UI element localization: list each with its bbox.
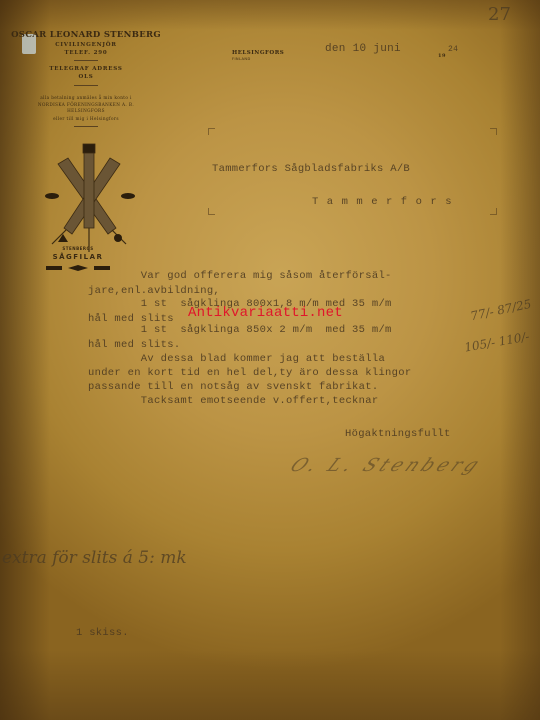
watermark-link[interactable]: Antikvariaatti.net bbox=[188, 305, 343, 321]
letterhead-country: FINLAND bbox=[232, 57, 251, 61]
body-line: under en kort tid en hel del,ty äro dess… bbox=[88, 367, 411, 379]
letterhead-divider bbox=[74, 126, 98, 127]
recipient-company: Tammerfors Sågbladsfabriks A/B bbox=[212, 163, 410, 175]
letterhead-place: HELSINGFORS bbox=[232, 50, 284, 56]
letterhead-payment-line: NORDISKA FÖRENINGSBANKEN A. B. bbox=[2, 102, 170, 107]
enclosure: 1 skiss. bbox=[76, 627, 129, 639]
body-line: Var god offerera mig såsom återförsäl- bbox=[88, 270, 392, 282]
body-line: jare,enl.avbildning, bbox=[88, 285, 220, 297]
letterhead-payment-line: alla betalning anmäles å min konto i bbox=[2, 95, 170, 100]
address-window-corner bbox=[490, 128, 497, 135]
paper-shadow-top bbox=[0, 0, 540, 30]
letterhead-payment-line: HELSINGFORS bbox=[2, 108, 170, 113]
paper-shadow-right bbox=[500, 0, 540, 720]
logo-caption: SÅGFILAR bbox=[38, 253, 118, 261]
letter-date: den 10 juni bbox=[325, 43, 401, 55]
body-line: passande till en notsåg av svenskt fabri… bbox=[88, 381, 378, 393]
closing: Högaktningsfullt bbox=[345, 428, 451, 440]
logo-caption-small: STENBERGS bbox=[38, 246, 118, 251]
letterhead-divider bbox=[74, 60, 98, 61]
body-line: hål med slits. bbox=[88, 339, 180, 351]
body-line: Tacksamt emotseende v.offert,tecknar bbox=[88, 395, 378, 407]
year-prefix: 19 bbox=[438, 53, 446, 59]
letterhead-profession: CIVILINGENJÖR bbox=[2, 42, 170, 48]
signature: O. L. Stenberg bbox=[286, 455, 487, 476]
page-number: 27 bbox=[488, 4, 511, 25]
letterhead-telephone: TELEF. 290 bbox=[2, 50, 170, 56]
body-line: Av dessa blad kommer jag att beställa bbox=[88, 353, 385, 365]
letterhead-telegraph-label: TELEGRAF ADRESS bbox=[2, 66, 170, 72]
letterhead-telegraph-value: OLS bbox=[2, 74, 170, 80]
recipient-city: Tammerfors bbox=[312, 196, 460, 208]
letterhead-name: OSCAR LEONARD STENBERG bbox=[2, 30, 170, 40]
address-window-corner bbox=[208, 208, 215, 215]
paper-shadow-bottom bbox=[0, 650, 540, 720]
address-window-corner bbox=[490, 208, 497, 215]
letterhead-divider bbox=[74, 85, 98, 86]
body-line: 1 st sågklinga 850x 2 m/m med 35 m/m bbox=[88, 324, 392, 336]
letterhead-payment-line: eller till mig i Helsingfors bbox=[2, 116, 170, 121]
address-window-corner bbox=[208, 128, 215, 135]
year-suffix: 24 bbox=[448, 45, 458, 54]
handwritten-note: extra för slits á 5: mk bbox=[2, 548, 187, 568]
